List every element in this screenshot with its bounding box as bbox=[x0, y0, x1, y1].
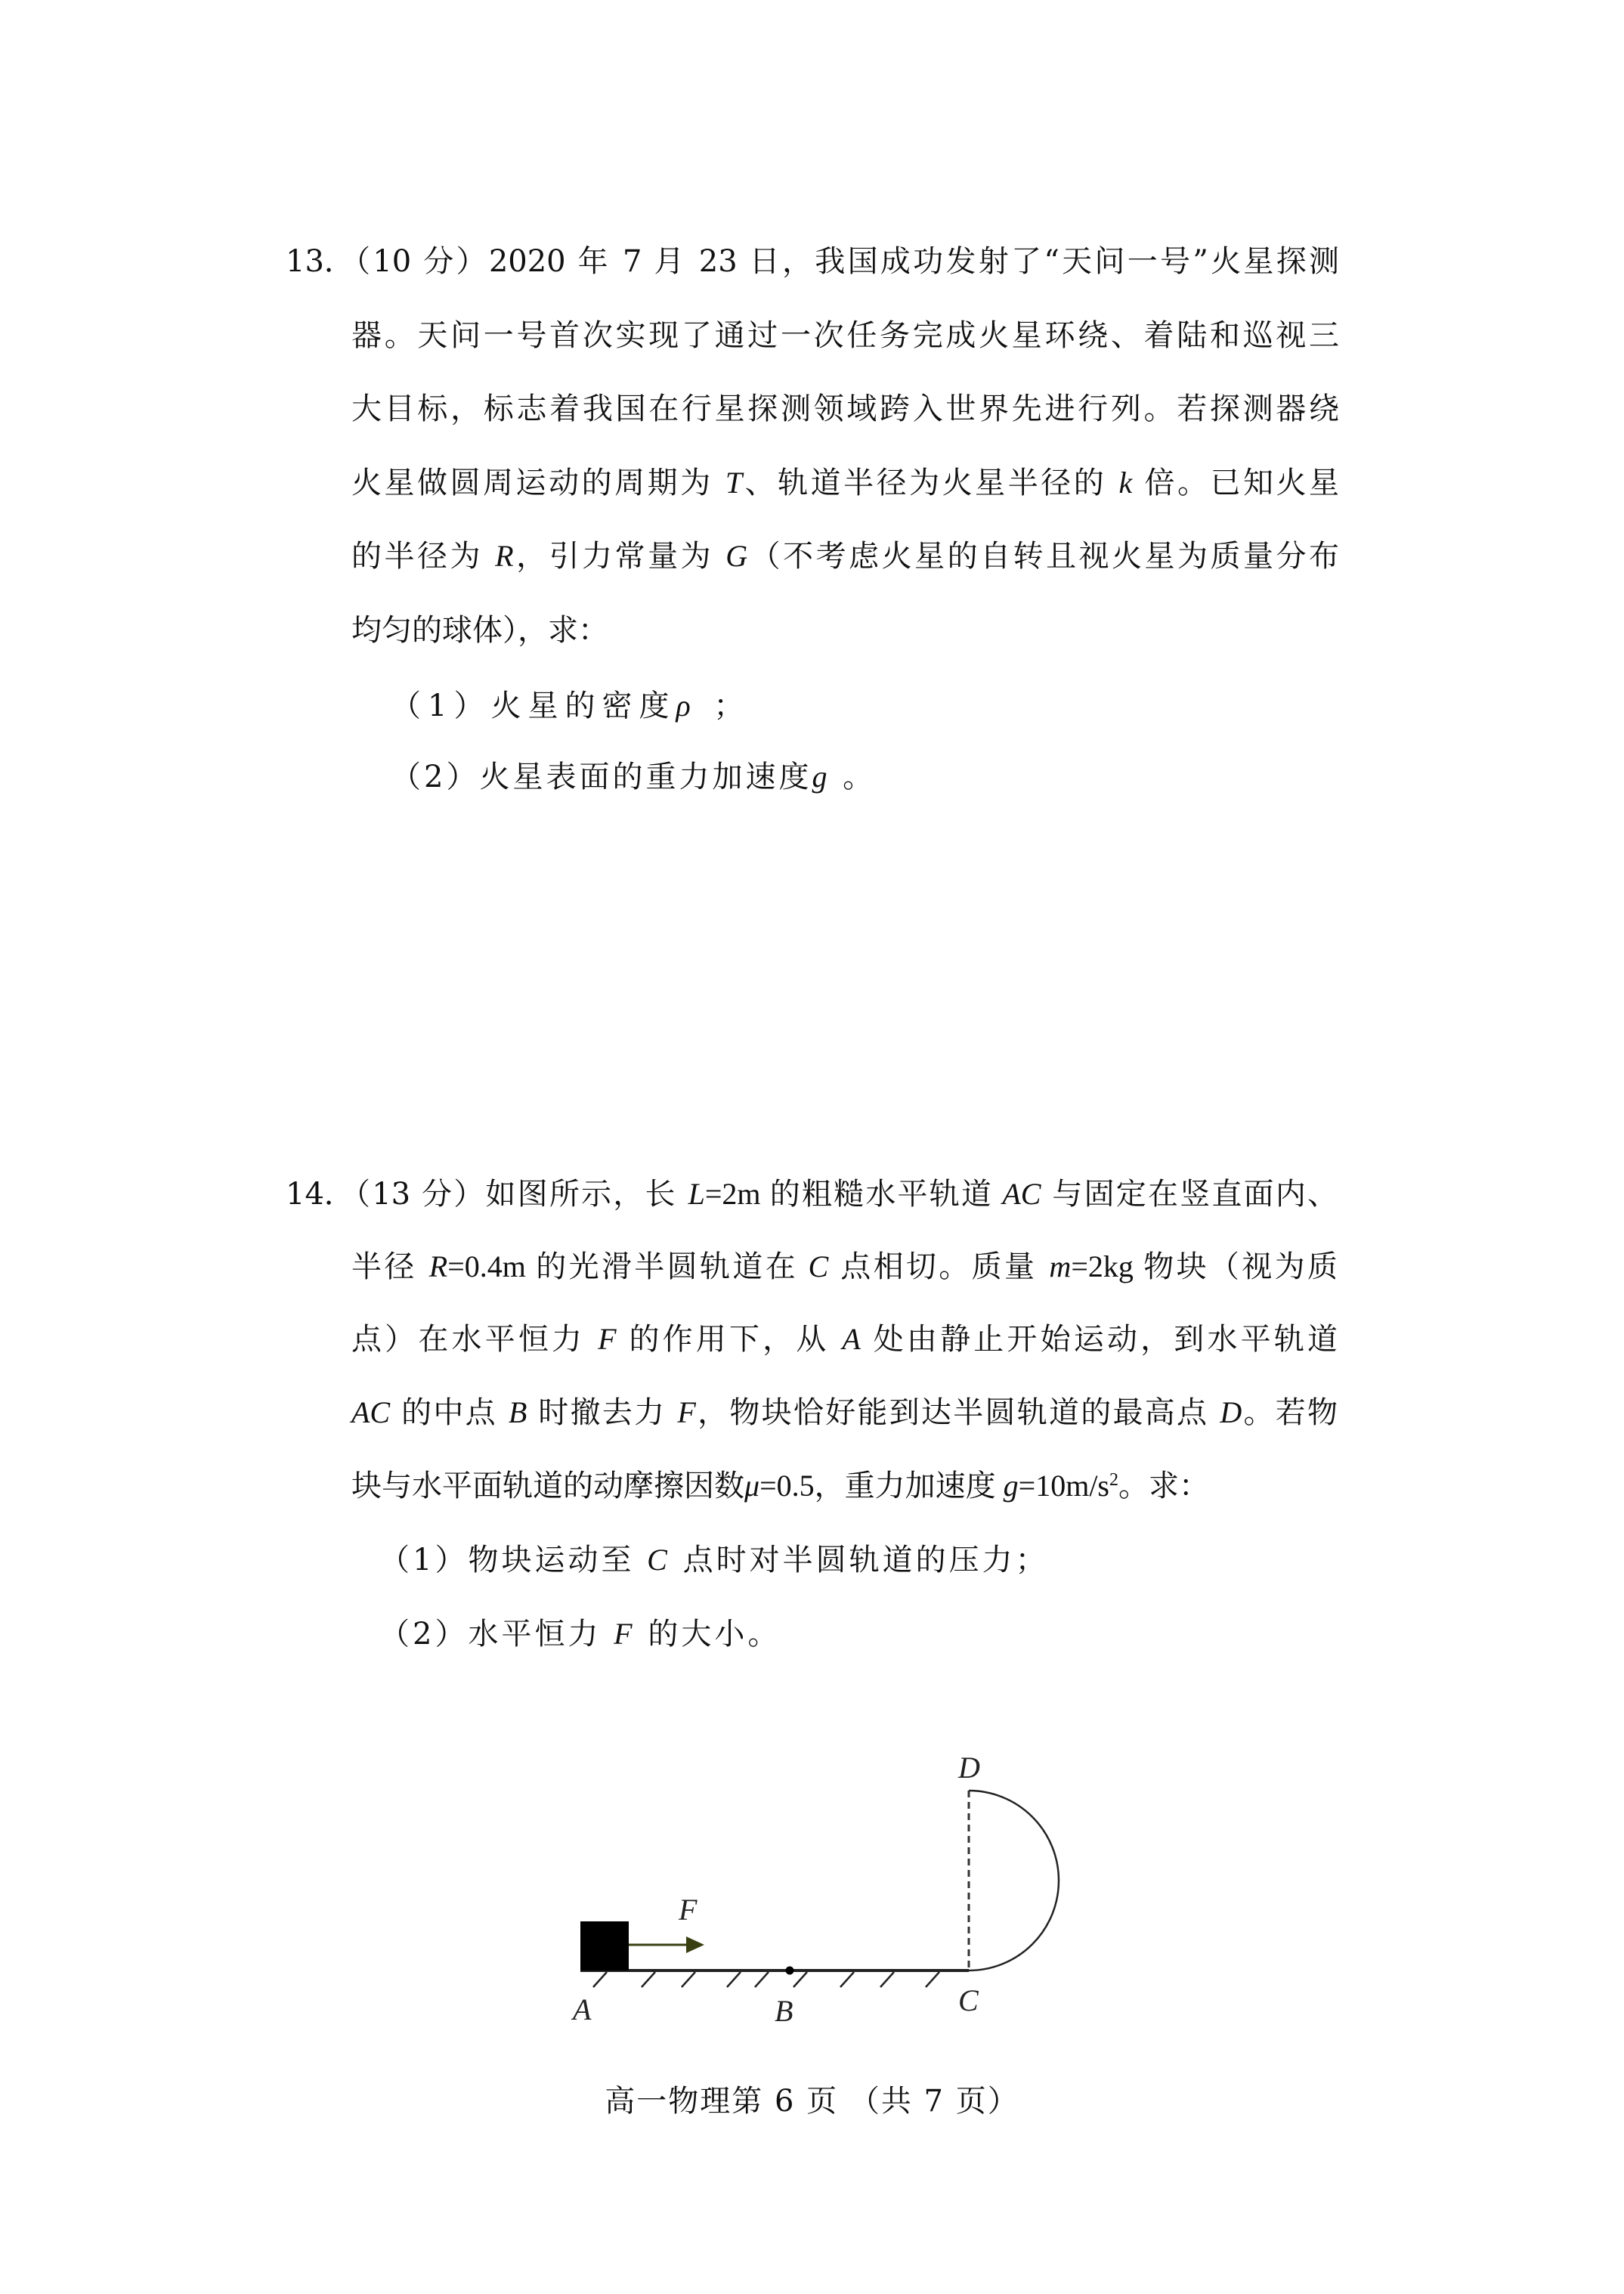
label-B: B bbox=[775, 1994, 793, 2028]
question-14-sub-2: （2）水平恒力 F 的大小。 bbox=[379, 1616, 781, 1652]
question-13-line-4: 火星做圆周运动的周期为 T、轨道半径为火星半径的 k 倍。已知火星 bbox=[351, 465, 1339, 501]
question-13-line-1: （10 分）2020 年 7 月 23 日，我国成功发射了“天问一号”火星探测 bbox=[340, 243, 1339, 280]
ground-hatch-marks bbox=[593, 1972, 939, 1987]
question-14-line-4: AC 的中点 B 时撤去力 F，物块恰好能到达半圆轨道的最高点 D。若物 bbox=[351, 1395, 1338, 1431]
symbol-R: R bbox=[495, 539, 513, 573]
question-14-line-3: 点）在水平恒力 F 的作用下，从 A 处由静止开始运动，到水平轨道 bbox=[351, 1321, 1338, 1358]
question-13-line-6: 均匀的球体），求： bbox=[351, 612, 608, 649]
symbol-T: T bbox=[725, 466, 742, 500]
semicircle-track bbox=[969, 1791, 1059, 1970]
symbol-G: G bbox=[725, 539, 747, 573]
question-14-line-1: （13 分）如图所示，长 L=2m 的粗糙水平轨道 AC 与固定在竖直面内、 bbox=[340, 1176, 1338, 1212]
symbol-g: g bbox=[812, 760, 830, 794]
question-13-line-2: 器。天问一号首次实现了通过一次任务完成火星环绕、着陆和巡视三 bbox=[351, 317, 1339, 354]
symbol-rho: ρ bbox=[676, 689, 697, 723]
block bbox=[580, 1921, 629, 1970]
question-13-line-5: 的半径为 R，引力常量为 G（不考虑火星的自转且视火星为质量分布 bbox=[351, 538, 1339, 574]
question-13-sub-1: （1）火星的密度ρ ； bbox=[391, 688, 750, 724]
question-13-sub-2: （2）火星表面的重力加速度g 。 bbox=[391, 759, 876, 795]
question-14-line-2: 半径 R=0.4m 的光滑半圆轨道在 C 点相切。质量 m=2kg 物块（视为质 bbox=[351, 1249, 1338, 1285]
question-14-line-5: 块与水平面轨道的动摩擦因数μ=0.5，重力加速度 g=10m/s2。求： bbox=[351, 1468, 1209, 1504]
label-D: D bbox=[957, 1751, 980, 1785]
track-diagram: A B C D F bbox=[559, 1738, 1103, 2056]
question-14-sub-1: （1）物块运动至 C 点时对半圆轨道的压力； bbox=[379, 1542, 1049, 1578]
point-B bbox=[786, 1967, 794, 1975]
label-F: F bbox=[678, 1893, 698, 1927]
label-A: A bbox=[571, 1992, 592, 2026]
label-C: C bbox=[958, 1983, 979, 2017]
page-footer: 高一物理第 6 页 （共 7 页） bbox=[0, 2083, 1624, 2119]
symbol-k: k bbox=[1118, 466, 1132, 500]
force-arrow-head bbox=[686, 1936, 704, 1953]
question-13-line-3: 大目标，标志着我国在行星探测领域跨入世界先进行列。若探测器绕 bbox=[351, 391, 1339, 427]
